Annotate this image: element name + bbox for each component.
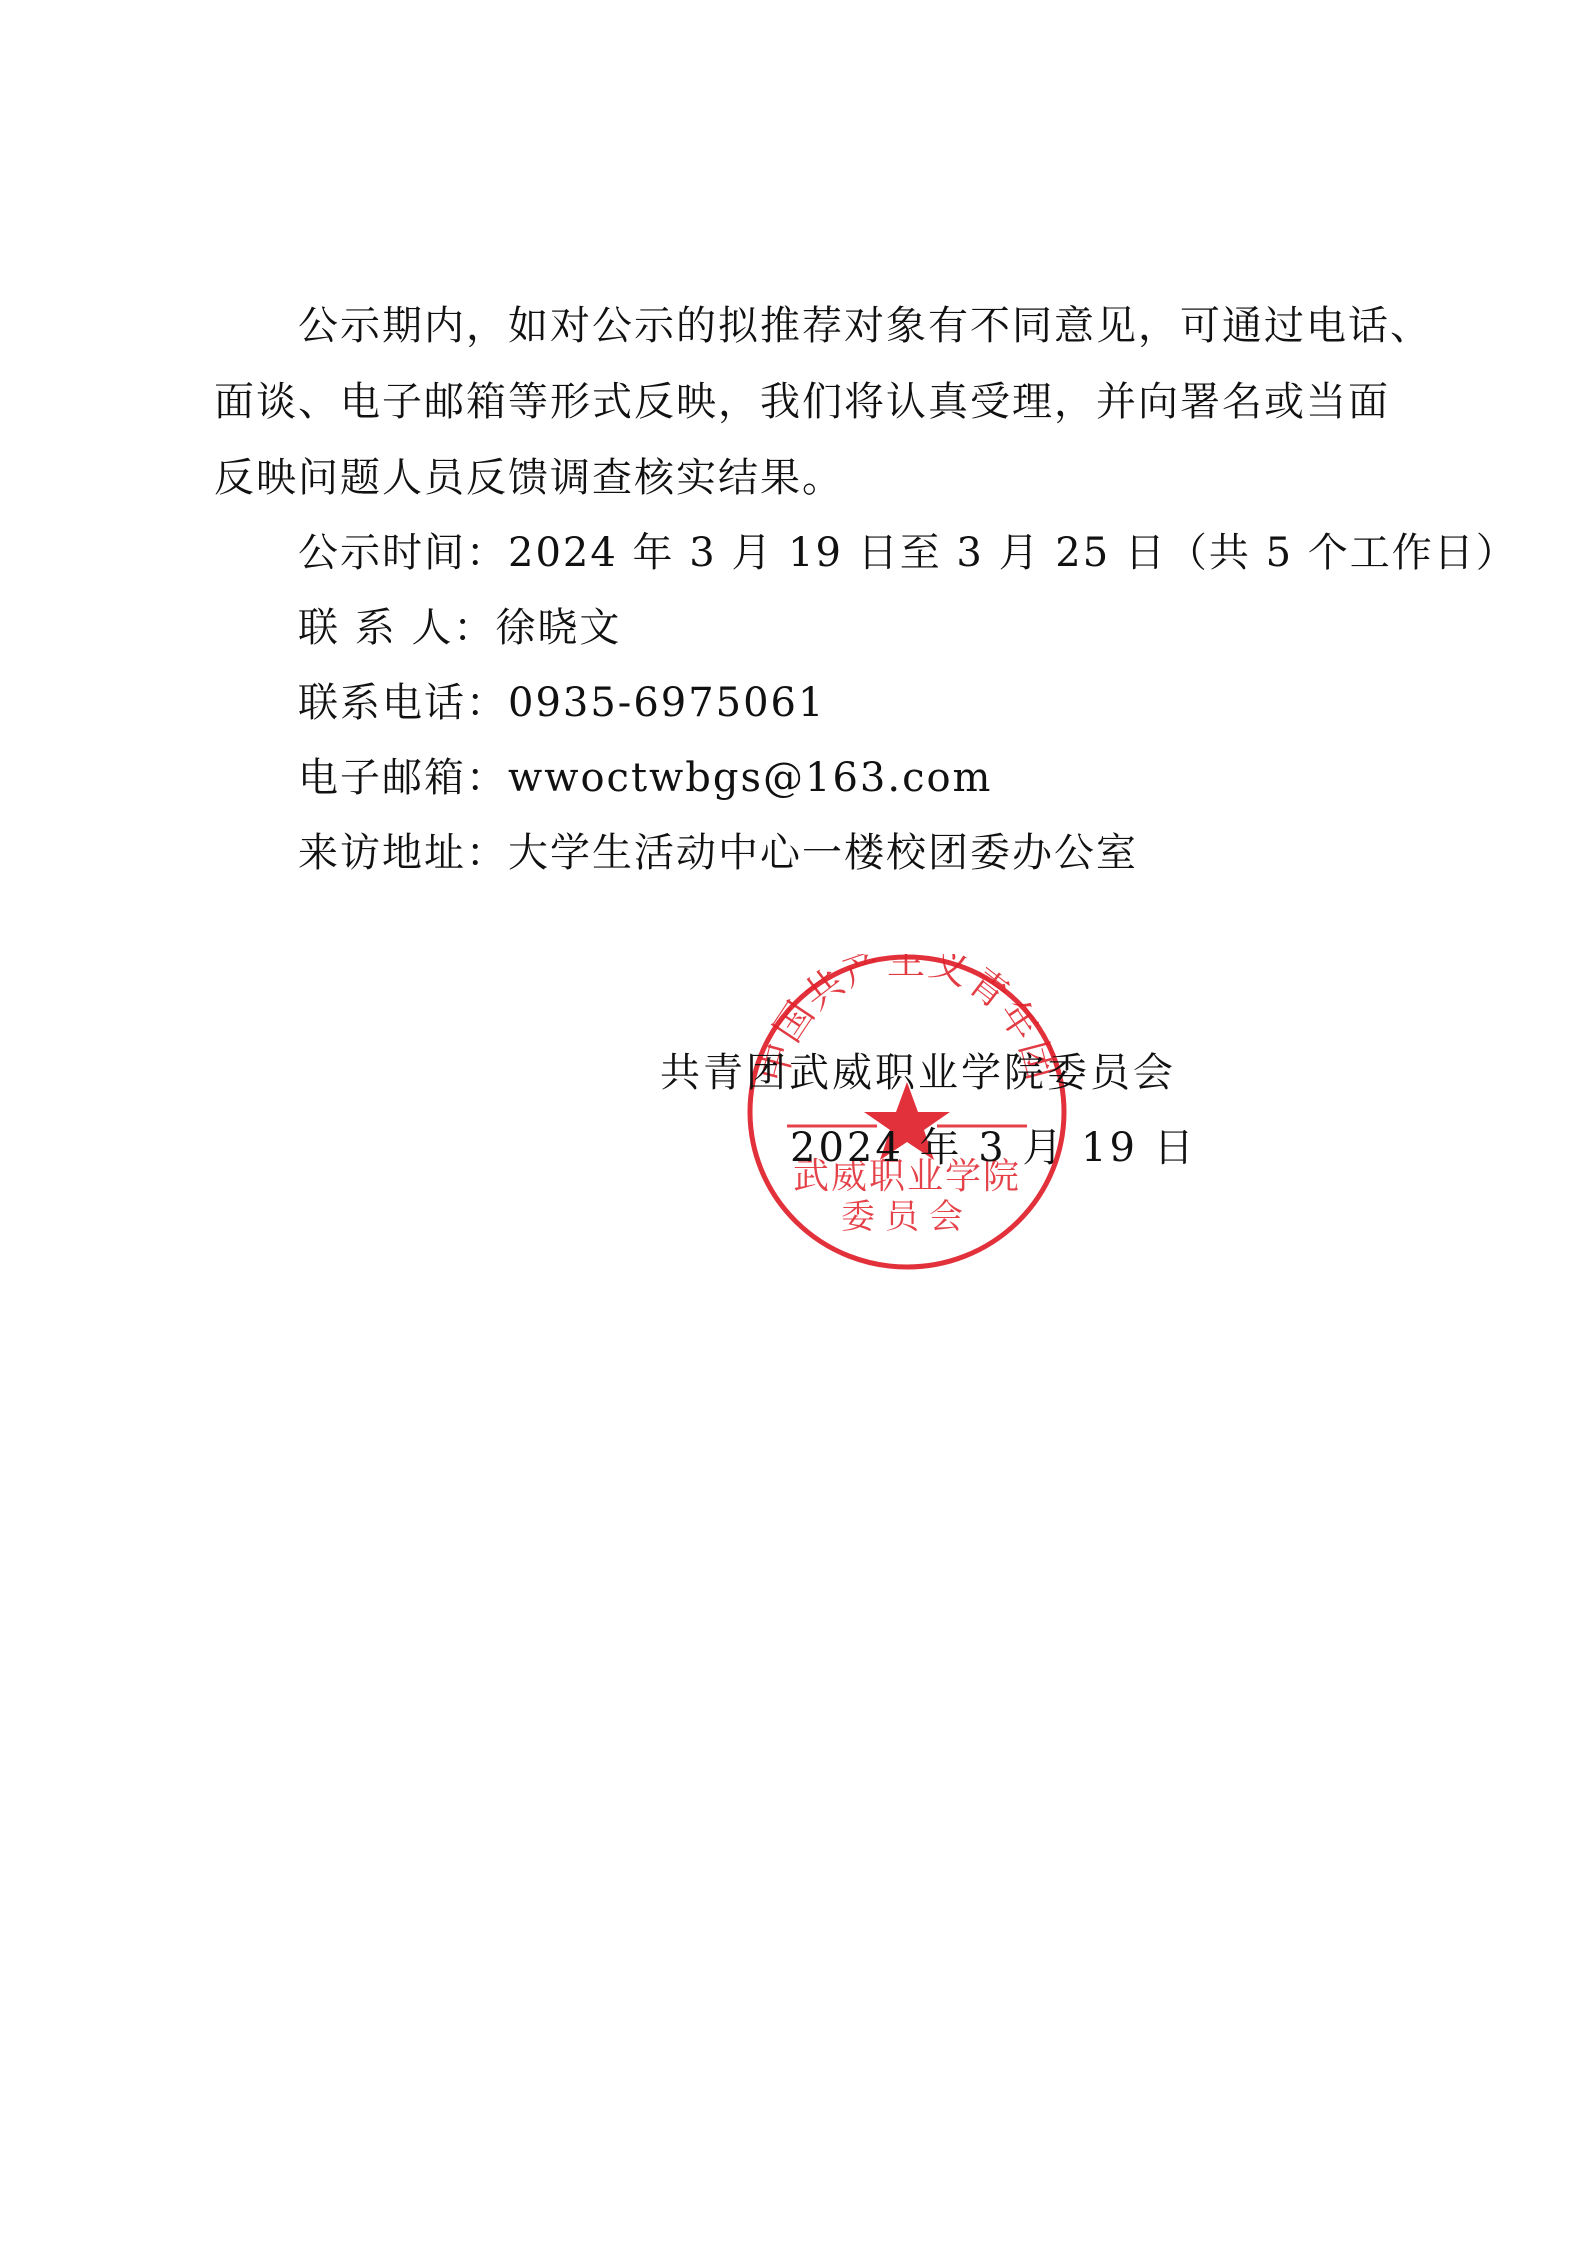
detail-value: wwoctwbgs@163.com xyxy=(508,755,993,801)
paragraph-line-2: 面谈、电子邮箱等形式反映，我们将认真受理，并向署名或当面 xyxy=(214,378,1390,426)
svg-text:委员会: 委员会 xyxy=(841,1197,973,1237)
paragraph-line-3: 反映问题人员反馈调查核实结果。 xyxy=(214,454,844,502)
detail-label: 联系电话： xyxy=(298,679,508,727)
official-seal-stamp: 中国共产主义青年团 武威职业学院 委员会 xyxy=(747,954,1067,1270)
detail-label: 公示时间： xyxy=(298,529,508,577)
signature-date: 2024 年 3 月 19 日 xyxy=(790,1124,1197,1172)
detail-value: 徐晓文 xyxy=(495,605,621,651)
detail-email: 电子邮箱：wwoctwbgs@163.com xyxy=(298,754,993,802)
detail-value: 0935-6975061 xyxy=(508,680,825,726)
detail-publicity-period: 公示时间：2024 年 3 月 19 日至 3 月 25 日（共 5 个工作日） xyxy=(298,529,1518,577)
detail-contact-person: 联 系 人：徐晓文 xyxy=(298,604,621,652)
detail-label: 联 系 人： xyxy=(298,604,495,652)
detail-value: 大学生活动中心一楼校团委办公室 xyxy=(508,830,1138,876)
detail-value: 2024 年 3 月 19 日至 3 月 25 日（共 5 个工作日） xyxy=(508,530,1518,576)
detail-contact-phone: 联系电话：0935-6975061 xyxy=(298,679,825,727)
paragraph-line-1: 公示期内，如对公示的拟推荐对象有不同意见，可通过电话、 xyxy=(298,302,1432,350)
detail-label: 电子邮箱： xyxy=(298,754,508,802)
detail-label: 来访地址： xyxy=(298,829,508,877)
detail-visit-address: 来访地址：大学生活动中心一楼校团委办公室 xyxy=(298,829,1138,877)
signature-organization: 共青团武威职业学院委员会 xyxy=(660,1049,1176,1097)
